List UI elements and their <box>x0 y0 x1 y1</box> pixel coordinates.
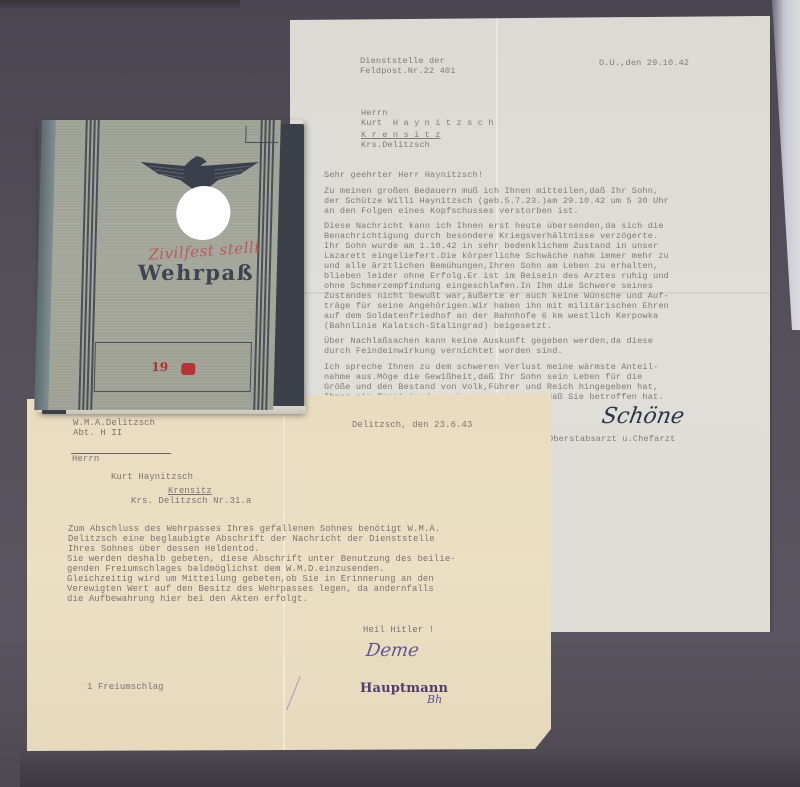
paragraph-line: nahme aus.Möge die Gewißheit,daß Ihr Soh… <box>324 372 642 382</box>
sender-department: Abt. H II <box>73 429 122 439</box>
paragraph-line: Ich spreche Ihnen zu dem schweren Verlus… <box>324 362 658 372</box>
recipient-town: K r e n s i t z <box>361 130 441 140</box>
enclosure-note: 1 Freiumschlag <box>87 683 164 693</box>
sender-fieldpost: Feldpost.Nr.22 401 <box>360 66 456 76</box>
name-label-box <box>94 342 252 392</box>
body-line: die Aufbewahrung hier bei den Akten erfo… <box>67 595 308 605</box>
closing: Heil Hitler ! <box>363 626 434 636</box>
recipient-salutation: Herrn <box>361 108 388 118</box>
red-ink-blot <box>181 363 195 375</box>
recipient-salutation: Herrn <box>72 455 99 465</box>
paragraph-line: an den Folgen eines Kopfschusses verstor… <box>324 206 579 216</box>
table-shadow <box>20 747 800 787</box>
greeting: Sehr geehrter Herr Haynitzsch! <box>324 170 483 180</box>
paragraph-line: und alle ärztlichen Bemühungen,Ihren Soh… <box>324 261 658 271</box>
cloth-shadow <box>0 0 240 10</box>
paragraph-line: träge für seine Angehörigen.Wir haben ih… <box>324 301 669 311</box>
paragraph-line: Über Nachlaßsachen kann keine Auskunft g… <box>324 336 653 346</box>
censored-disc <box>176 186 231 240</box>
wehrpass-booklet: Zivilfest stellt Wehrpaß 19 <box>38 120 303 412</box>
paragraph-line: durch Feindeinwirkung vernichtet worden … <box>324 346 563 356</box>
paragraph-line: Zustandes nicht bewußt war,äußerte er au… <box>324 291 669 301</box>
booklet-title: Wehrpaß <box>137 260 254 285</box>
booklet-cover: Zivilfest stellt Wehrpaß 19 <box>48 120 281 410</box>
signature: Schöne <box>600 404 686 429</box>
wma-letter: W.M.A.Delitzsch Abt. H II Delitzsch, den… <box>27 393 551 751</box>
signature: Deme <box>365 640 421 661</box>
cover-corner-frame <box>245 126 278 143</box>
red-mark: 19 <box>151 360 168 374</box>
pencil-mark <box>286 676 300 710</box>
paragraph-line: Ihr Sohn wurde am 1.10.42 in sehr bedenk… <box>324 241 658 251</box>
sender-unit: Dienststelle der <box>360 56 445 66</box>
letter-date: O.U.,den 29.10.42 <box>599 58 689 68</box>
letter-date: Delitzsch, den 23.6.43 <box>352 421 472 431</box>
recipient-district: Krs. Delitzsch Nr.31.a <box>131 497 251 507</box>
paragraph-line: Zu meinen großen Bedauern muß ich Ihnen … <box>324 186 658 196</box>
paragraph-line: Benachrichtigung durch besondere Kriegsv… <box>324 231 658 241</box>
paragraph-line: auf dem Soldatenfriedhof an der Bahnhofe… <box>324 311 658 321</box>
paragraph-line: blieben leider ohne Erfolg.Er ist im Bei… <box>324 271 669 281</box>
paragraph-line: Diese Nachricht kann ich Ihnen erst heut… <box>324 221 664 231</box>
recipient-district: Krs.Delitzsch <box>361 140 430 150</box>
paragraph-line: Lazarett eingeliefert.Die körperliche Sc… <box>324 251 669 261</box>
paragraph-line: Größe und den Bestand von Volk,Führer un… <box>324 382 658 392</box>
paragraph-line: (Bahnlinie Kalatsch-Stalingrad) beigeset… <box>324 321 552 331</box>
paragraph-line: ohne Schmerzempfindung eingeschlafen.In … <box>324 281 653 291</box>
signer-title: Oberstabsarzt u.Chefarzt <box>548 434 675 444</box>
recipient-name: Kurt H a y n i t z s c h <box>361 118 494 128</box>
paragraph-line: der Schütze Willi Haynitzsch (geb.5.7.23… <box>324 196 669 206</box>
recipient-name: Kurt Haynitzsch <box>111 473 193 483</box>
initials: Bh <box>427 693 442 706</box>
